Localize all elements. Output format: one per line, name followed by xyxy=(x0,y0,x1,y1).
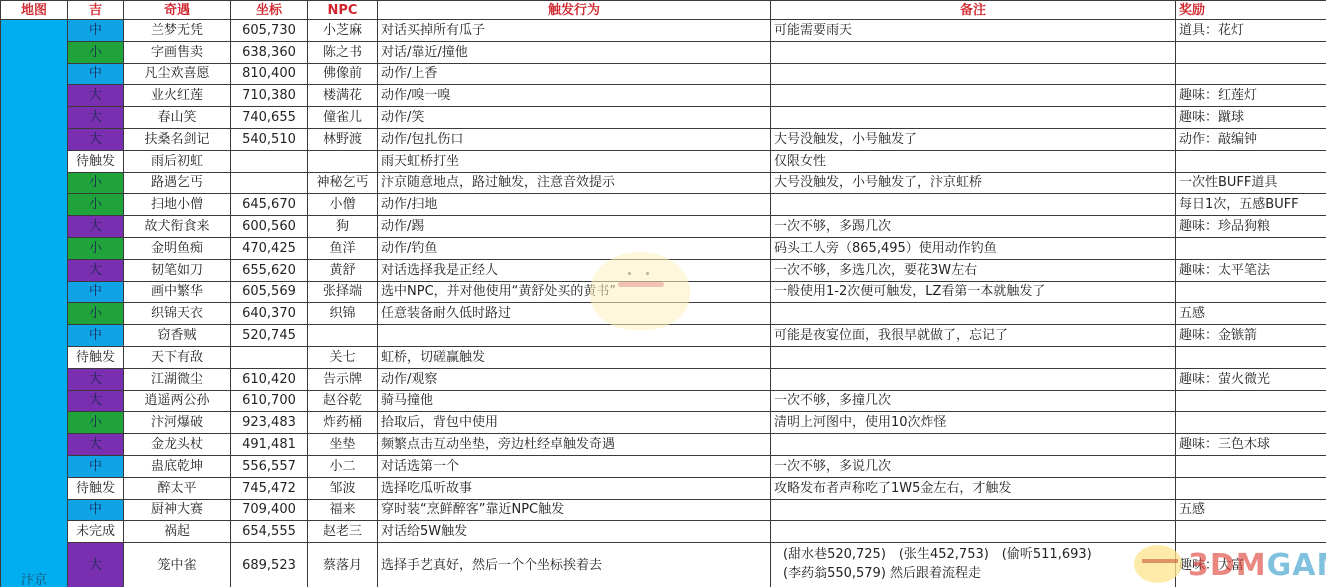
action-cell: 动作/扫地 xyxy=(378,194,771,216)
action-cell: 动作/钓鱼 xyxy=(378,237,771,259)
table-row: 中 蛊底乾坤 556,557 小二 对话选第一个 一次不够，多说几次 xyxy=(1,455,1326,477)
table-row: 中 凡尘欢喜愿 810,400 佛像前 动作/上香 xyxy=(1,63,1326,85)
coord-cell: 655,620 xyxy=(231,259,308,281)
action-cell: 拾取后，背包中使用 xyxy=(378,412,771,434)
note-cell: 大号没触发，小号触发了，汴京虹桥 xyxy=(771,172,1176,194)
coord-cell: 556,557 xyxy=(231,455,308,477)
coord-cell: 709,400 xyxy=(231,499,308,521)
coord-cell: 689,523 xyxy=(231,543,308,587)
note-cell: 大号没触发，小号触发了 xyxy=(771,128,1176,150)
action-cell: 骑马撞他 xyxy=(378,390,771,412)
note-cell: 码头工人旁（865,495）使用动作钓鱼 xyxy=(771,237,1176,259)
action-cell: 动作/上香 xyxy=(378,63,771,85)
reward-cell: 趣味：金镞箭 xyxy=(1176,325,1326,347)
luck-cell: 中 xyxy=(68,63,124,85)
action-cell: 动作/踢 xyxy=(378,216,771,238)
reward-cell: 五感 xyxy=(1176,499,1326,521)
note-cell xyxy=(771,303,1176,325)
coord-cell: 654,555 xyxy=(231,521,308,543)
npc-cell: 告示牌 xyxy=(308,368,378,390)
npc-cell: 鱼洋 xyxy=(308,237,378,259)
npc-cell: 赵老三 xyxy=(308,521,378,543)
reward-cell: 趣味：珍品狗粮 xyxy=(1176,216,1326,238)
reward-cell: 趣味：大富 xyxy=(1176,543,1326,587)
npc-cell: 楼满花 xyxy=(308,85,378,107)
action-cell: 虹桥，切磋赢触发 xyxy=(378,346,771,368)
note-cell: 一次不够，多撞几次 xyxy=(771,390,1176,412)
luck-cell: 大 xyxy=(68,390,124,412)
luck-cell: 小 xyxy=(68,237,124,259)
encounter-name: 雨后初虹 xyxy=(124,150,231,172)
luck-cell: 待触发 xyxy=(68,150,124,172)
encounter-name: 春山笑 xyxy=(124,107,231,129)
encounter-name: 笼中雀 xyxy=(124,543,231,587)
note-cell xyxy=(771,521,1176,543)
note-cell: 一般使用1-2次便可触发，LZ看第一本就触发了 xyxy=(771,281,1176,303)
npc-cell xyxy=(308,150,378,172)
header-coord: 坐标 xyxy=(231,1,308,20)
action-cell: 对话选第一个 xyxy=(378,455,771,477)
luck-cell: 中 xyxy=(68,325,124,347)
note-cell: 仅限女性 xyxy=(771,150,1176,172)
npc-cell: 坐垫 xyxy=(308,434,378,456)
table-row: 小 织锦天衣 640,370 织锦 任意装备耐久低时路过 五感 xyxy=(1,303,1326,325)
reward-cell xyxy=(1176,281,1326,303)
reward-cell: 趣味：萤火微光 xyxy=(1176,368,1326,390)
reward-cell: 趣味：太平笔法 xyxy=(1176,259,1326,281)
table-row: 小 扫地小僧 645,670 小僧 动作/扫地 每日1次，五感BUFF xyxy=(1,194,1326,216)
table-row: 中 厨神大赛 709,400 福来 穿时装“烹鲜醉客”靠近NPC触发 五感 xyxy=(1,499,1326,521)
map-cell: 汴京 xyxy=(1,20,68,587)
table-row: 待触发 天下有敌 关七 虹桥，切磋赢触发 xyxy=(1,346,1326,368)
npc-cell: 邹波 xyxy=(308,477,378,499)
reward-cell xyxy=(1176,237,1326,259)
table-row: 汴京 中 兰梦无凭 605,730 小芝麻 对话买掉所有瓜子 可能需要雨天 道具… xyxy=(1,20,1326,42)
note-line: (李药翁550,579) 然后跟着流程走 xyxy=(783,565,1172,584)
action-cell: 任意装备耐久低时路过 xyxy=(378,303,771,325)
reward-cell xyxy=(1176,346,1326,368)
action-cell: 穿时装“烹鲜醉客”靠近NPC触发 xyxy=(378,499,771,521)
coord-cell: 638,360 xyxy=(231,41,308,63)
npc-cell: 福来 xyxy=(308,499,378,521)
table-row: 大 逍遥两公孙 610,700 赵谷乾 骑马撞他 一次不够，多撞几次 xyxy=(1,390,1326,412)
note-cell: 一次不够，多选几次，要花3W左右 xyxy=(771,259,1176,281)
table-row: 小 路遇乞丐 神秘乞丐 汴京随意地点，路过触发，注意音效提示 大号没触发，小号触… xyxy=(1,172,1326,194)
encounter-name: 窃香贼 xyxy=(124,325,231,347)
reward-cell: 一次性BUFF道具 xyxy=(1176,172,1326,194)
table-row: 待触发 醉太平 745,472 邹波 选择吃瓜听故事 攻略发布者声称吃了1W5金… xyxy=(1,477,1326,499)
luck-cell: 中 xyxy=(68,20,124,42)
action-cell: 对话选择我是正经人 xyxy=(378,259,771,281)
table-row: 中 窃香贼 520,745 可能是夜宴位面，我很早就做了，忘记了 趣味：金镞箭 xyxy=(1,325,1326,347)
luck-cell: 中 xyxy=(68,499,124,521)
npc-cell: 蔡落月 xyxy=(308,543,378,587)
reward-cell xyxy=(1176,41,1326,63)
reward-cell xyxy=(1176,63,1326,85)
note-cell: 一次不够，多说几次 xyxy=(771,455,1176,477)
header-npc: NPC xyxy=(308,1,378,20)
reward-cell: 趣味：三色木球 xyxy=(1176,434,1326,456)
luck-cell: 大 xyxy=(68,216,124,238)
coord-cell: 470,425 xyxy=(231,237,308,259)
luck-cell: 未完成 xyxy=(68,521,124,543)
table-row: 大 江湖微尘 610,420 告示牌 动作/观察 趣味：萤火微光 xyxy=(1,368,1326,390)
npc-cell: 炸药桶 xyxy=(308,412,378,434)
reward-cell: 道具：花灯 xyxy=(1176,20,1326,42)
coord-cell: 520,745 xyxy=(231,325,308,347)
action-cell: 动作/嗅一嗅 xyxy=(378,85,771,107)
table-row: 大 扶桑名剑记 540,510 林野渡 动作/包扎伤口 大号没触发，小号触发了 … xyxy=(1,128,1326,150)
encounter-name: 逍遥两公孙 xyxy=(124,390,231,412)
coord-cell: 645,670 xyxy=(231,194,308,216)
action-cell xyxy=(378,325,771,347)
encounter-name: 蛊底乾坤 xyxy=(124,455,231,477)
action-cell: 频繁点击互动坐垫，旁边杜经卓触发奇遇 xyxy=(378,434,771,456)
luck-cell: 待触发 xyxy=(68,346,124,368)
reward-cell xyxy=(1176,455,1326,477)
encounter-name: 扶桑名剑记 xyxy=(124,128,231,150)
npc-cell: 小芝麻 xyxy=(308,20,378,42)
npc-cell: 小僧 xyxy=(308,194,378,216)
luck-cell: 大 xyxy=(68,434,124,456)
table-row: 大 春山笑 740,655 僮雀儿 动作/笑 趣味：蹴球 xyxy=(1,107,1326,129)
luck-cell: 小 xyxy=(68,41,124,63)
encounter-name: 厨神大赛 xyxy=(124,499,231,521)
luck-cell: 大 xyxy=(68,85,124,107)
luck-cell: 大 xyxy=(68,543,124,587)
table-row: 大 业火红莲 710,380 楼满花 动作/嗅一嗅 趣味：红莲灯 xyxy=(1,85,1326,107)
luck-cell: 大 xyxy=(68,128,124,150)
coord-cell: 923,483 xyxy=(231,412,308,434)
note-cell xyxy=(771,194,1176,216)
reward-cell: 动作：敲编钟 xyxy=(1176,128,1326,150)
coord-cell: 491,481 xyxy=(231,434,308,456)
note-cell xyxy=(771,41,1176,63)
encounter-name: 金龙头杖 xyxy=(124,434,231,456)
table-row: 大 笼中雀 689,523 蔡落月 选择手艺真好，然后一个个坐标挨着去 (甜水巷… xyxy=(1,543,1326,587)
luck-cell: 小 xyxy=(68,172,124,194)
action-cell: 雨天虹桥打坐 xyxy=(378,150,771,172)
note-cell xyxy=(771,85,1176,107)
coord-cell: 710,380 xyxy=(231,85,308,107)
header-luck: 吉 xyxy=(68,1,124,20)
note-cell xyxy=(771,346,1176,368)
table-row: 小 汴河爆破 923,483 炸药桶 拾取后，背包中使用 清明上河图中，使用10… xyxy=(1,412,1326,434)
note-cell xyxy=(771,107,1176,129)
note-cell xyxy=(771,63,1176,85)
reward-cell: 趣味：红莲灯 xyxy=(1176,85,1326,107)
encounter-name: 业火红莲 xyxy=(124,85,231,107)
npc-cell: 僮雀儿 xyxy=(308,107,378,129)
header-note: 备注 xyxy=(771,1,1176,20)
coord-cell: 810,400 xyxy=(231,63,308,85)
luck-cell: 大 xyxy=(68,368,124,390)
table-row: 小 字画售卖 638,360 陈之书 对话/靠近/撞他 xyxy=(1,41,1326,63)
header-row: 地图 吉 奇遇 坐标 NPC 触发行为 备注 奖励 xyxy=(1,1,1326,20)
note-cell xyxy=(771,499,1176,521)
coord-cell: 605,730 xyxy=(231,20,308,42)
action-cell: 动作/笑 xyxy=(378,107,771,129)
header-map: 地图 xyxy=(1,1,68,20)
luck-cell: 待触发 xyxy=(68,477,124,499)
note-cell: 可能需要雨天 xyxy=(771,20,1176,42)
coord-cell xyxy=(231,150,308,172)
reward-cell xyxy=(1176,477,1326,499)
table-row: 小 金明鱼痴 470,425 鱼洋 动作/钓鱼 码头工人旁（865,495）使用… xyxy=(1,237,1326,259)
encounter-name: 字画售卖 xyxy=(124,41,231,63)
npc-cell: 狗 xyxy=(308,216,378,238)
npc-cell: 神秘乞丐 xyxy=(308,172,378,194)
reward-cell: 每日1次，五感BUFF xyxy=(1176,194,1326,216)
note-line: (甜水巷520,725) (张生452,753) (偷听511,693) xyxy=(783,546,1172,565)
action-cell: 对话买掉所有瓜子 xyxy=(378,20,771,42)
npc-cell: 小二 xyxy=(308,455,378,477)
table-row: 大 故犬衔食来 600,560 狗 动作/踢 一次不够，多踢几次 趣味：珍品狗粮 xyxy=(1,216,1326,238)
encounter-name: 扫地小僧 xyxy=(124,194,231,216)
coord-cell: 600,560 xyxy=(231,216,308,238)
encounter-name: 画中繁华 xyxy=(124,281,231,303)
encounter-name: 故犬衔食来 xyxy=(124,216,231,238)
action-cell: 对话给5W触发 xyxy=(378,521,771,543)
luck-cell: 大 xyxy=(68,259,124,281)
coord-cell: 745,472 xyxy=(231,477,308,499)
encounter-name: 织锦天衣 xyxy=(124,303,231,325)
coord-cell xyxy=(231,346,308,368)
note-cell: 攻略发布者声称吃了1W5金左右，才触发 xyxy=(771,477,1176,499)
table-row: 大 金龙头杖 491,481 坐垫 频繁点击互动坐垫，旁边杜经卓触发奇遇 趣味：… xyxy=(1,434,1326,456)
note-cell: 可能是夜宴位面，我很早就做了，忘记了 xyxy=(771,325,1176,347)
encounter-name: 路遇乞丐 xyxy=(124,172,231,194)
coord-cell: 610,700 xyxy=(231,390,308,412)
npc-cell: 张择端 xyxy=(308,281,378,303)
action-cell: 选中NPC，并对他使用“黄舒处买的黄书” xyxy=(378,281,771,303)
reward-cell xyxy=(1176,150,1326,172)
encounter-name: 江湖微尘 xyxy=(124,368,231,390)
luck-cell: 小 xyxy=(68,194,124,216)
action-cell: 对话/靠近/撞他 xyxy=(378,41,771,63)
reward-cell: 五感 xyxy=(1176,303,1326,325)
encounter-name: 韧笔如刀 xyxy=(124,259,231,281)
note-cell: (甜水巷520,725) (张生452,753) (偷听511,693) (李药… xyxy=(771,543,1176,587)
luck-cell: 小 xyxy=(68,303,124,325)
encounter-name: 汴河爆破 xyxy=(124,412,231,434)
coord-cell: 740,655 xyxy=(231,107,308,129)
encounter-name: 凡尘欢喜愿 xyxy=(124,63,231,85)
reward-cell: 趣味：蹴球 xyxy=(1176,107,1326,129)
npc-cell: 赵谷乾 xyxy=(308,390,378,412)
header-reward: 奖励 xyxy=(1176,1,1326,20)
note-cell xyxy=(771,434,1176,456)
encounter-name: 祸起 xyxy=(124,521,231,543)
luck-cell: 小 xyxy=(68,412,124,434)
coord-cell: 610,420 xyxy=(231,368,308,390)
coord-cell: 540,510 xyxy=(231,128,308,150)
encounter-name: 金明鱼痴 xyxy=(124,237,231,259)
table-row: 中 画中繁华 605,569 张择端 选中NPC，并对他使用“黄舒处买的黄书” … xyxy=(1,281,1326,303)
header-action: 触发行为 xyxy=(378,1,771,20)
npc-cell: 佛像前 xyxy=(308,63,378,85)
table-row: 大 韧笔如刀 655,620 黄舒 对话选择我是正经人 一次不够，多选几次，要花… xyxy=(1,259,1326,281)
action-cell: 动作/观察 xyxy=(378,368,771,390)
reward-cell xyxy=(1176,412,1326,434)
encounter-name: 醉太平 xyxy=(124,477,231,499)
npc-cell: 陈之书 xyxy=(308,41,378,63)
encounter-name: 天下有敌 xyxy=(124,346,231,368)
luck-cell: 中 xyxy=(68,455,124,477)
encounter-name: 兰梦无凭 xyxy=(124,20,231,42)
npc-cell: 织锦 xyxy=(308,303,378,325)
npc-cell: 黄舒 xyxy=(308,259,378,281)
table-row: 待触发 雨后初虹 雨天虹桥打坐 仅限女性 xyxy=(1,150,1326,172)
reward-cell xyxy=(1176,390,1326,412)
luck-cell: 大 xyxy=(68,107,124,129)
table-row: 未完成 祸起 654,555 赵老三 对话给5W触发 xyxy=(1,521,1326,543)
npc-cell: 关七 xyxy=(308,346,378,368)
encounter-table: 地图 吉 奇遇 坐标 NPC 触发行为 备注 奖励 汴京 中 兰梦无凭 605,… xyxy=(0,0,1326,587)
action-cell: 汴京随意地点，路过触发，注意音效提示 xyxy=(378,172,771,194)
reward-cell xyxy=(1176,521,1326,543)
npc-cell xyxy=(308,325,378,347)
header-encounter: 奇遇 xyxy=(124,1,231,20)
npc-cell: 林野渡 xyxy=(308,128,378,150)
note-cell: 一次不够，多踢几次 xyxy=(771,216,1176,238)
luck-cell: 中 xyxy=(68,281,124,303)
coord-cell: 605,569 xyxy=(231,281,308,303)
note-cell: 清明上河图中，使用10次炸怪 xyxy=(771,412,1176,434)
note-cell xyxy=(771,368,1176,390)
coord-cell xyxy=(231,172,308,194)
coord-cell: 640,370 xyxy=(231,303,308,325)
action-cell: 动作/包扎伤口 xyxy=(378,128,771,150)
action-cell: 选择吃瓜听故事 xyxy=(378,477,771,499)
action-cell: 选择手艺真好，然后一个个坐标挨着去 xyxy=(378,543,771,587)
